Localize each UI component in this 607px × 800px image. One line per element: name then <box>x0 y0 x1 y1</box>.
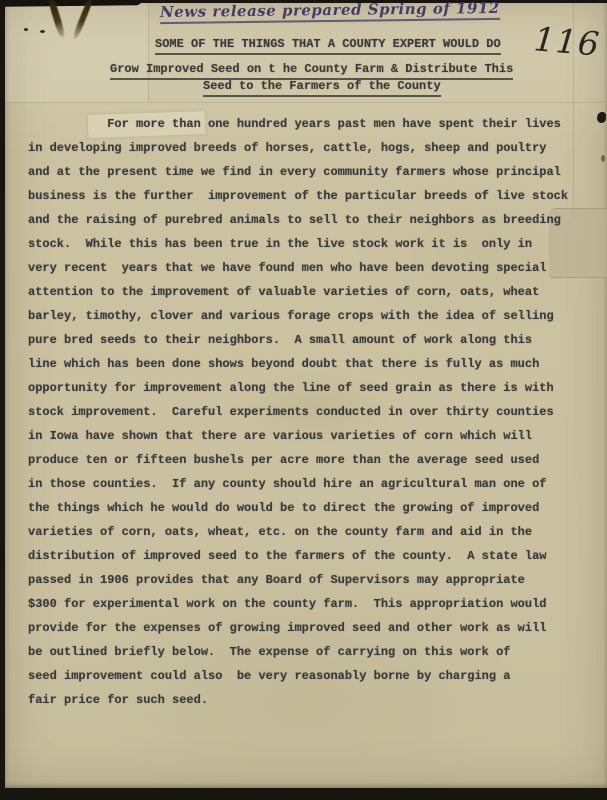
paper-speck <box>24 28 28 31</box>
body-text: For more than one hundred years past men… <box>28 112 588 712</box>
fold-highlight <box>5 3 149 102</box>
handwritten-note: News release prepared Spring of 1912 <box>160 0 500 24</box>
document-title: SOME OF THE THINGS THAT A COUNTY EXPERT … <box>155 37 501 55</box>
paper-speck <box>40 30 45 33</box>
subtitle-line-2: Seed to the Farmers of the County <box>203 79 441 97</box>
ink-speck-right-edge <box>601 155 605 162</box>
scanned-document: News release prepared Spring of 1912 116… <box>0 0 607 800</box>
page-number: 116 <box>532 19 601 64</box>
subtitle-line-1: Grow Improved Seed on t he County Farm &… <box>110 62 513 80</box>
ink-blob-right-edge <box>597 112 606 123</box>
horizontal-crease <box>5 102 607 104</box>
